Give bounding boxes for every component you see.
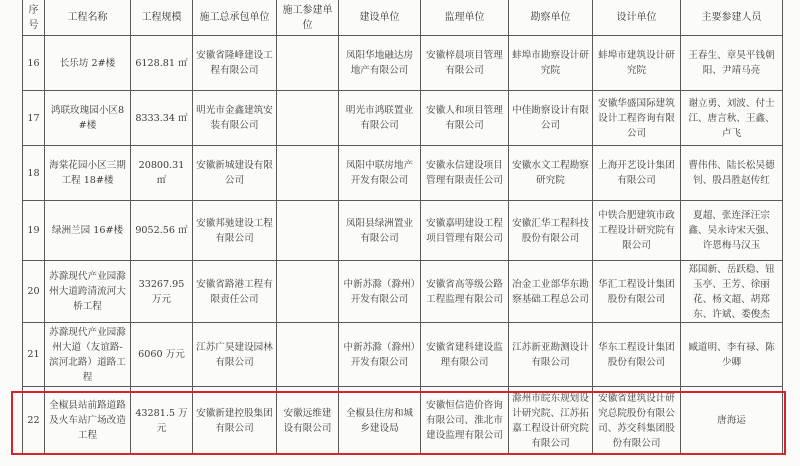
cell-design: 安徽华盛国际建筑设计工程咨询有限公司 [593, 91, 681, 146]
cell-name: 苏滁现代产业园滁州大道跨清流河大桥工程 [45, 261, 131, 323]
cell-owner: 明光市鸿联置业有限公司 [339, 91, 421, 146]
header-owner: 建设单位 [339, 0, 421, 36]
table-row: 19 绿洲兰园 16#楼 9052.56 ㎡ 安徽邦驰建设工程有限公司 凤阳县绿… [23, 201, 783, 261]
cell-no: 16 [23, 36, 45, 91]
cell-name: 海棠花园小区三期工程 18#楼 [45, 146, 131, 201]
cell-design: 安徽省建筑设计研究总院股份有限公司、苏交科集团股份有限公司 [593, 387, 681, 455]
cell-no: 17 [23, 91, 45, 146]
cell-design: 华东工程设计集团股份有限公司 [593, 323, 681, 387]
cell-name: 苏滁现代产业园滁州大道（友谊路-滨河北路）道路工程 [45, 323, 131, 387]
cell-owner: 凤阳中联房地产开发有限公司 [339, 146, 421, 201]
cell-participating-contractor [277, 146, 339, 201]
header-design: 设计单位 [593, 0, 681, 36]
cell-supervisor: 安徽省高等级公路工程监理有限公司 [421, 261, 509, 323]
table-row: 20 苏滁现代产业园滁州大道跨清流河大桥工程 33267.95 万元 安徽省路港… [23, 261, 783, 323]
cell-scale: 20800.31 ㎡ [131, 146, 193, 201]
cell-people: 唐海运 [681, 387, 783, 455]
cell-scale: 43281.5 万元 [131, 387, 193, 455]
cell-general-contractor: 明光市金鑫建筑安装有限公司 [193, 91, 277, 146]
cell-general-contractor: 安徽新城建设有限公司 [193, 146, 277, 201]
cell-supervisor: 安徽嘉明建设工程项目管理有限公司 [421, 201, 509, 261]
cell-no: 21 [23, 323, 45, 387]
cell-general-contractor: 安徽省隆峰建设工程有限公司 [193, 36, 277, 91]
cell-owner: 全椒县住房和城乡建设局 [339, 387, 421, 455]
cell-design: 华汇工程设计集团股份有限公司 [593, 261, 681, 323]
cell-scale: 8333.34 ㎡ [131, 91, 193, 146]
cell-owner: 凤阳华地融达房地产有限公司 [339, 36, 421, 91]
header-general-contractor: 施工总承包单位 [193, 0, 277, 36]
cell-design: 中铁合肥建筑市政工程设计研究院有限公司 [593, 201, 681, 261]
cell-survey: 安徽水文工程勘察研究院 [509, 146, 593, 201]
cell-design: 蚌埠市建筑设计研究院 [593, 36, 681, 91]
cell-participating-contractor [277, 91, 339, 146]
cell-supervisor: 安徽永信建设项目管理有限责任公司 [421, 146, 509, 201]
cell-scale: 6128.81 ㎡ [131, 36, 193, 91]
header-row: 序号 工程名称 工程规模 施工总承包单位 施工参建单位 建设单位 监理单位 勘察… [23, 0, 783, 36]
cell-survey: 中佳勘察设计有限公司 [509, 91, 593, 146]
header-scale: 工程规模 [131, 0, 193, 36]
table-row: 16 长乐坊 2#楼 6128.81 ㎡ 安徽省隆峰建设工程有限公司 凤阳华地融… [23, 36, 783, 91]
table-row: 21 苏滁现代产业园滁州大道（友谊路-滨河北路）道路工程 6060 万元 江苏广… [23, 323, 783, 387]
cell-people: 曹伟伟、陆长松吴德钊、殷昌胜赵传红 [681, 146, 783, 201]
cell-name: 鸿联玫瑰园小区8#楼 [45, 91, 131, 146]
cell-general-contractor: 安徽新建控股集团有限公司 [193, 387, 277, 455]
cell-supervisor: 安徽省建科建设监理有限公司 [421, 323, 509, 387]
cell-owner: 中新苏滁（滁州）开发有限公司 [339, 323, 421, 387]
cell-owner: 凤阳县绿洲置业有限公司 [339, 201, 421, 261]
cell-people: 郑国新、岳跃稳、钮玉亭、王芳、徐丽花、杨文超、胡郑东、许斌、娄俊杰 [681, 261, 783, 323]
cell-participating-contractor: 安徽远维建设有限公司 [277, 387, 339, 455]
cell-survey: 滁州市皖东规划设计研究院、江苏拓嘉工程设计研究院有限公司 [509, 387, 593, 455]
cell-supervisor: 安徽梓晨项目管理有限公司 [421, 36, 509, 91]
cell-participating-contractor [277, 201, 339, 261]
cell-name: 绿洲兰园 16#楼 [45, 201, 131, 261]
cell-participating-contractor [277, 36, 339, 91]
cell-no: 19 [23, 201, 45, 261]
table-row-highlighted: 22 全椒县站前路道路及火车站广场改造工程 43281.5 万元 安徽新建控股集… [23, 387, 783, 455]
cell-participating-contractor [277, 261, 339, 323]
cell-name: 全椒县站前路道路及火车站广场改造工程 [45, 387, 131, 455]
table-row: 17 鸿联玫瑰园小区8#楼 8333.34 ㎡ 明光市金鑫建筑安装有限公司 明光… [23, 91, 783, 146]
cell-people: 谢立勇、刘波、付士江、唐言秋、王鑫、卢飞 [681, 91, 783, 146]
cell-participating-contractor [277, 323, 339, 387]
cell-no: 20 [23, 261, 45, 323]
cell-scale: 9052.56 ㎡ [131, 201, 193, 261]
cell-supervisor: 安徽人和项目管理有限公司 [421, 91, 509, 146]
cell-no: 18 [23, 146, 45, 201]
cell-scale: 33267.95 万元 [131, 261, 193, 323]
cell-name: 长乐坊 2#楼 [45, 36, 131, 91]
header-no: 序号 [23, 0, 45, 36]
cell-general-contractor: 安徽邦驰建设工程有限公司 [193, 201, 277, 261]
cell-people: 王春生、章昊平钱朝阳、尹靖马亮 [681, 36, 783, 91]
cell-survey: 安徽汇华工程科技股份有限公司 [509, 201, 593, 261]
cell-survey: 江苏新亚勘测设计有限公司 [509, 323, 593, 387]
header-name: 工程名称 [45, 0, 131, 36]
cell-supervisor: 安徽恒信造价咨询有限公司、淮北市建设监理有限公司 [421, 387, 509, 455]
cell-people: 臧道明、李有禄、陈少卿 [681, 323, 783, 387]
header-survey: 勘察单位 [509, 0, 593, 36]
cell-no: 22 [23, 387, 45, 455]
cell-survey: 蚌埠市勘察设计研究院 [509, 36, 593, 91]
header-participating-contractor: 施工参建单位 [277, 0, 339, 36]
cell-general-contractor: 安徽省路港工程有限责任公司 [193, 261, 277, 323]
project-table: 序号 工程名称 工程规模 施工总承包单位 施工参建单位 建设单位 监理单位 勘察… [22, 0, 783, 455]
table-row: 18 海棠花园小区三期工程 18#楼 20800.31 ㎡ 安徽新城建设有限公司… [23, 146, 783, 201]
cell-general-contractor: 江苏广昊建设园林有限公司 [193, 323, 277, 387]
cell-people: 夏超、张连泽汪宗鑫、吴永诗宋天强、许恩梅马汉玉 [681, 201, 783, 261]
cell-design: 上海开艺设计集团有限公司 [593, 146, 681, 201]
header-people: 主要参建人员 [681, 0, 783, 36]
cell-owner: 中新苏滁（滁州）开发有限公司 [339, 261, 421, 323]
cell-scale: 6060 万元 [131, 323, 193, 387]
cell-survey: 冶金工业部华东勘察基础工程总公司 [509, 261, 593, 323]
header-supervisor: 监理单位 [421, 0, 509, 36]
